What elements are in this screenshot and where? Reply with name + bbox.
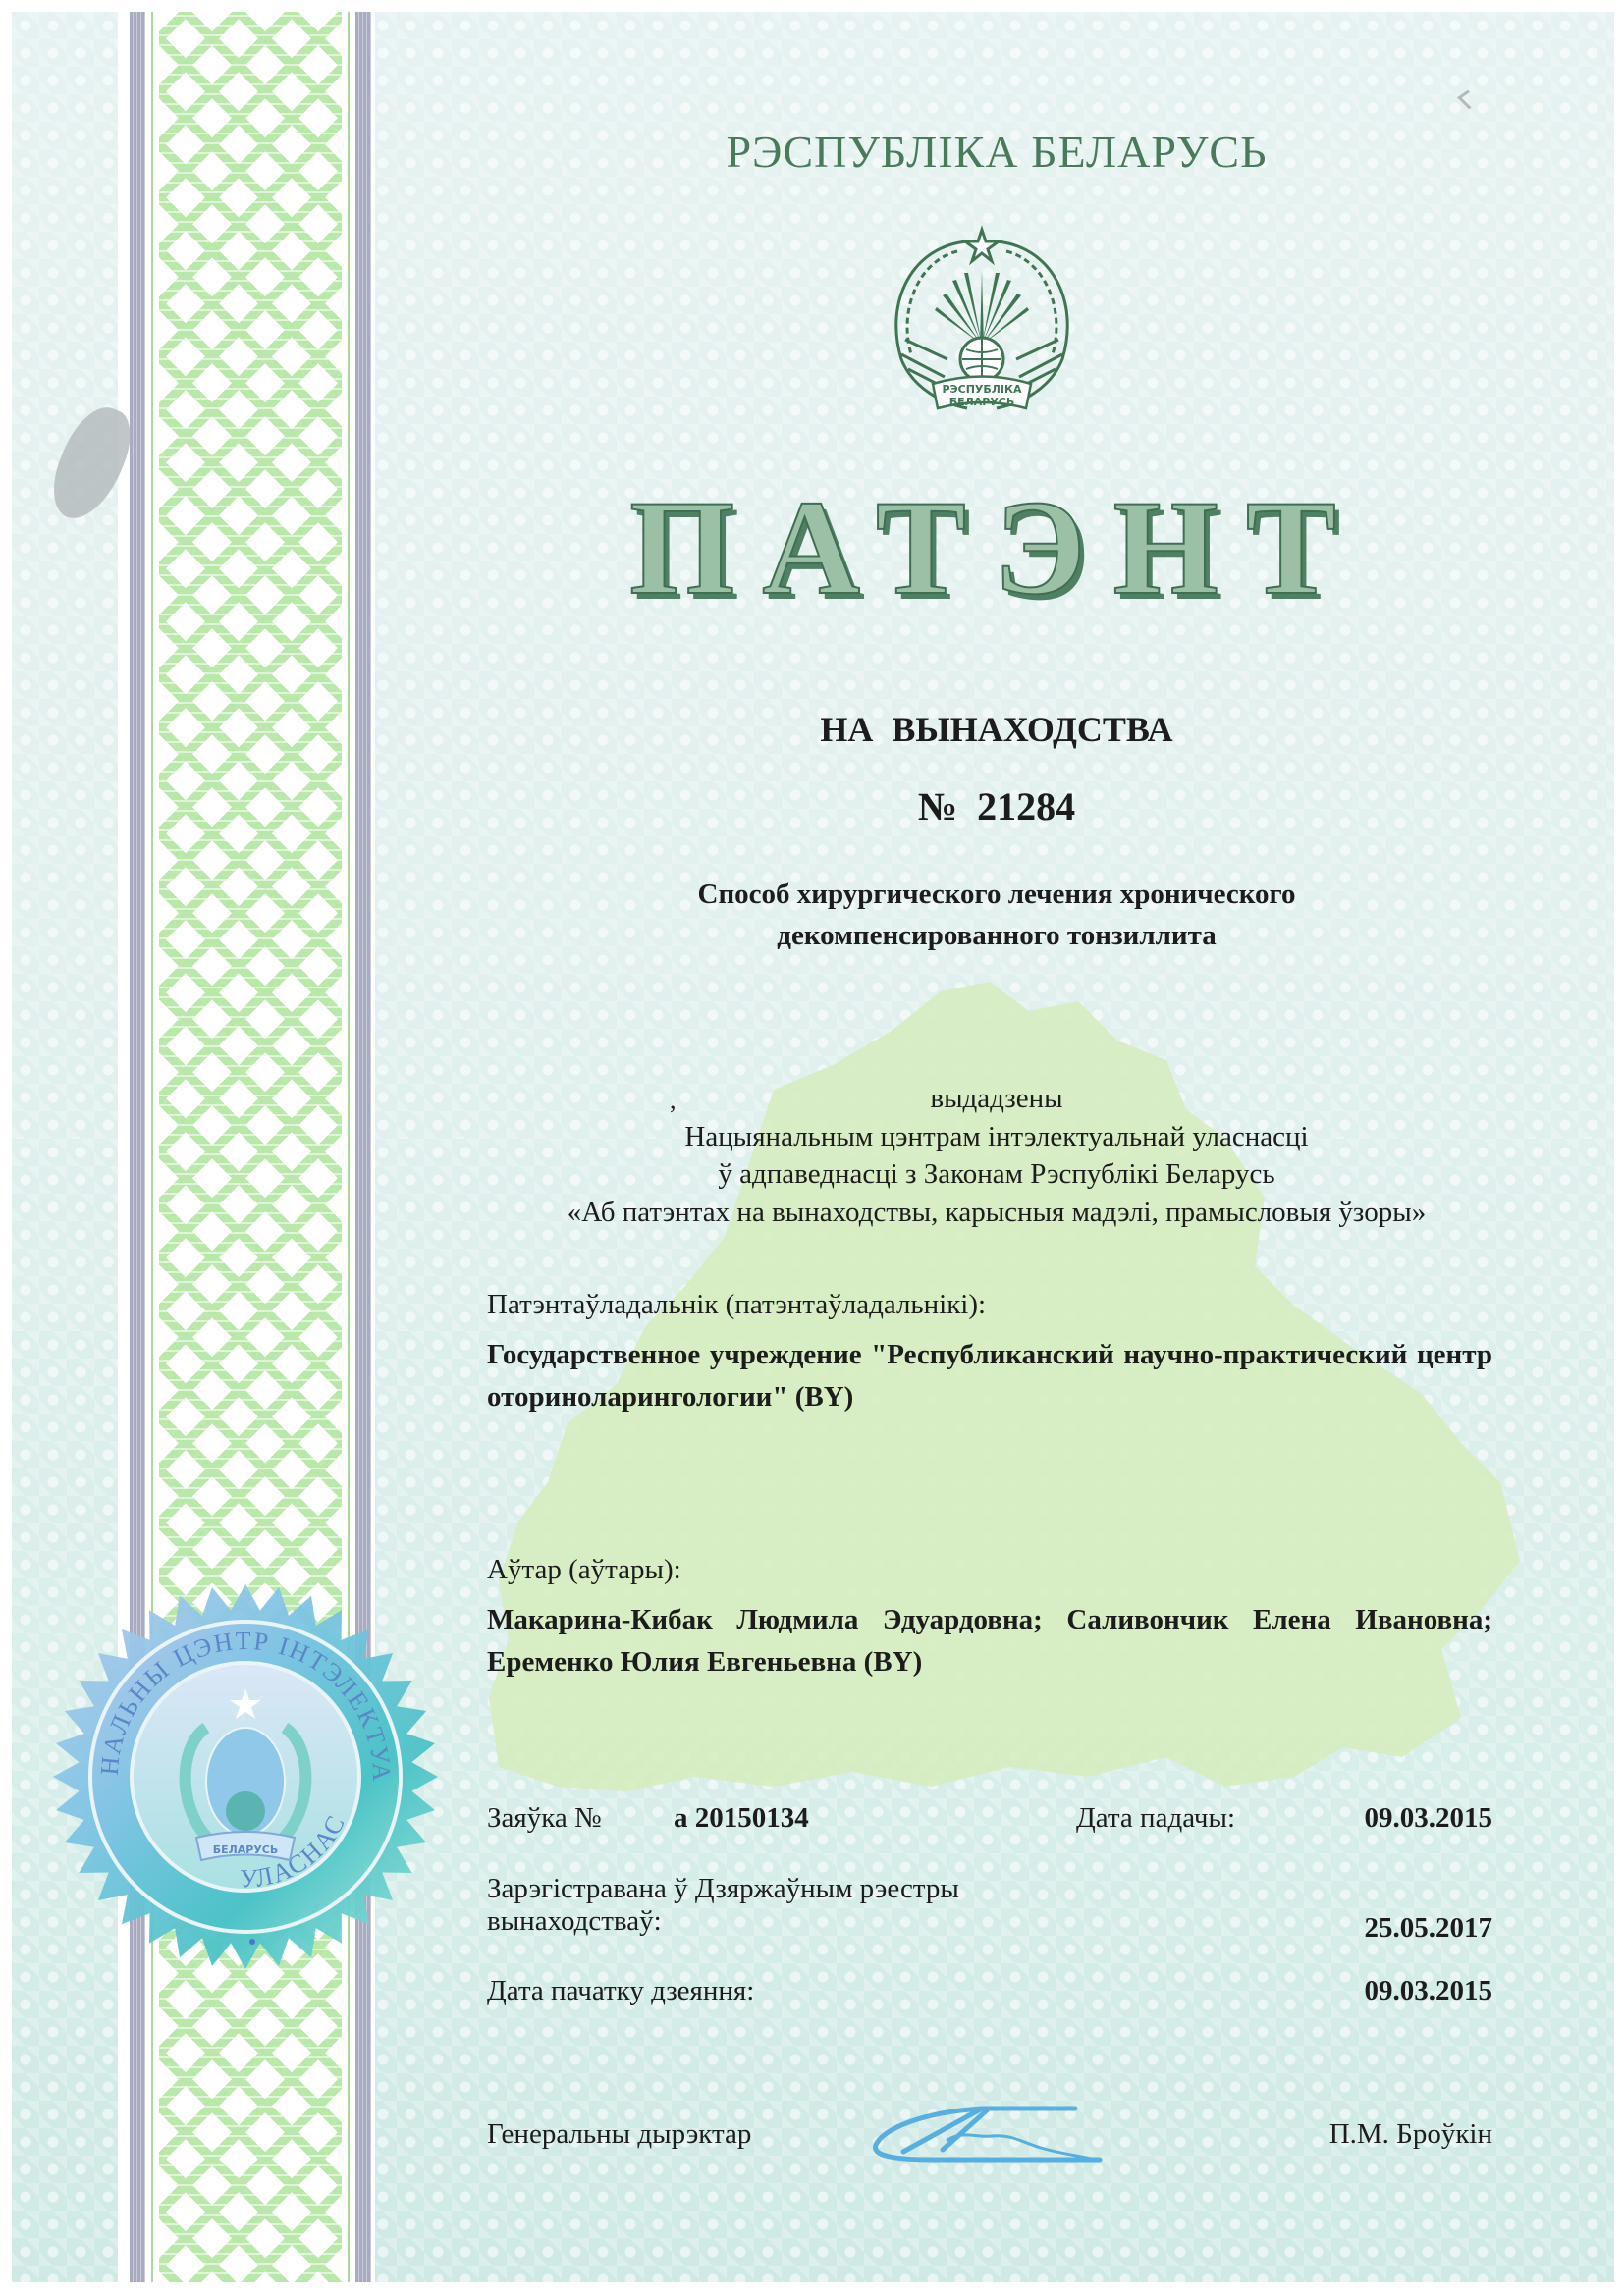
authors-label: Аўтар (аўтары): <box>487 1553 1492 1587</box>
application-row: Заяўка № а 20150134 Дата падачы: 09.03.2… <box>487 1802 1492 1842</box>
signatory-name: П.М. Броўкін <box>1329 2118 1492 2151</box>
effective-date-label: Дата пачатку дзеяння: <box>487 1975 754 2006</box>
registration-row: Зарэгістравана ў Дзяржаўным рэестры вына… <box>487 1873 1492 1951</box>
effective-date: 09.03.2015 <box>1365 1975 1493 2007</box>
svg-text:БЕЛАРУСЬ: БЕЛАРУСЬ <box>949 396 1015 408</box>
authors-section: Аўтар (аўтары): Макарина-Кибак Людмила Э… <box>487 1553 1492 1684</box>
filing-date-label: Дата падачы: <box>1076 1802 1235 1835</box>
svg-text:БЕЛАРУСЬ: БЕЛАРУСЬ <box>213 1843 279 1856</box>
document-title: ПАТЭНТ <box>481 469 1512 625</box>
effective-row: Дата пачатку дзеяння: 09.03.2015 <box>487 1975 1492 2014</box>
application-number: а 20150134 <box>674 1802 809 1835</box>
registration-date: 25.05.2017 <box>1365 1912 1493 1945</box>
registration-label: Зарэгістравана ў Дзяржаўным рэестры вына… <box>487 1873 1492 1938</box>
patent-holder-label: Патэнтаўладальнік (патэнтаўладальнікі): <box>487 1288 1492 1322</box>
svg-text:РЭСПУБЛІКА: РЭСПУБЛІКА <box>942 383 1021 396</box>
issuance-statement: выдадзены Нацыянальным цэнтрам інтэлекту… <box>481 1080 1512 1231</box>
signatory-position: Генеральны дырэктар <box>487 2118 751 2150</box>
state-emblem-icon: РЭСПУБЛІКА БЕЛАРУСЬ <box>874 212 1090 428</box>
patent-type: НА ВЫНАХОДСТВА <box>481 709 1512 750</box>
signature <box>864 2091 1159 2169</box>
patent-holder-value: Государственное учреждение "Республиканс… <box>487 1334 1492 1419</box>
patent-holder-section: Патэнтаўладальнік (патэнтаўладальнікі): … <box>487 1288 1492 1419</box>
hologram-seal-icon: НАЦЫЯНАЛЬНЫ ЦЭНТР ІНТЭЛЕКТУАЛЬНАЙ УЛАСНА… <box>49 1580 442 1973</box>
patent-number: № 21284 <box>481 783 1512 829</box>
invention-title: Способ хирургического лечения хроническо… <box>481 874 1512 956</box>
filing-date: 09.03.2015 <box>1365 1802 1493 1835</box>
authors-value: Макарина-Кибак Людмила Эдуардовна; Салив… <box>487 1599 1492 1684</box>
country-heading: РЭСПУБЛІКА БЕЛАРУСЬ <box>481 126 1512 178</box>
application-label: Заяўка № <box>487 1802 602 1834</box>
